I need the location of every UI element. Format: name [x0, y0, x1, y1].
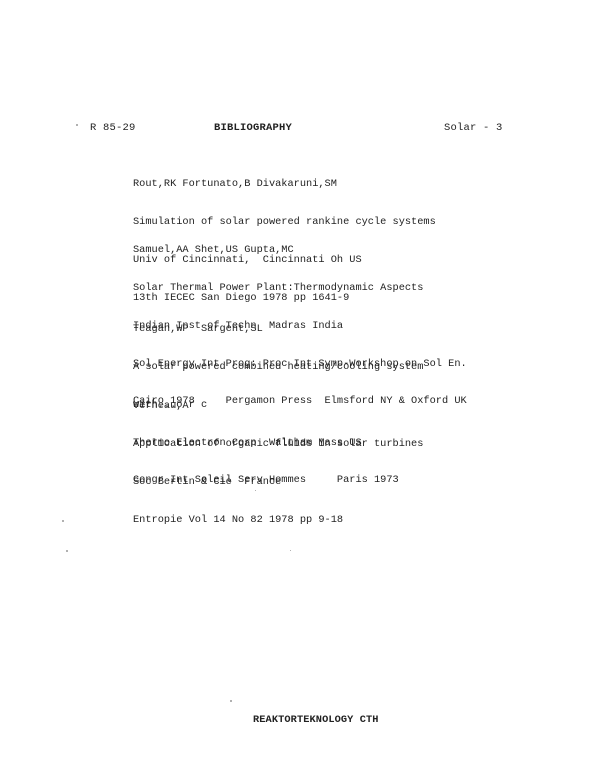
scan-speck: [230, 700, 232, 702]
entry-title: A solar powered combined heating/cooling…: [133, 361, 423, 374]
footer-institution: REAKTORTEKNOLOGY CTH: [253, 714, 379, 726]
scan-speck: [62, 520, 64, 522]
entry-authors: Verneau,A: [133, 400, 423, 413]
scan-speck: [66, 550, 68, 552]
scan-speck: [76, 124, 78, 126]
report-number: R 85-29: [90, 122, 136, 134]
bibliography-entry: Verneau,A Application of organic fluids …: [133, 375, 423, 539]
scan-speck: [255, 490, 256, 491]
scan-speck: [290, 550, 291, 551]
entry-authors: Teagan,WP Sargent,SL: [133, 323, 423, 336]
entry-source: Entropie Vol 14 No 82 1978 pp 9-18: [133, 514, 423, 527]
entry-title: Application of organic fluids in solar t…: [133, 438, 423, 451]
page-title: BIBLIOGRAPHY: [214, 122, 292, 134]
entry-title: Solar Thermal Power Plant:Thermodynamic …: [133, 282, 467, 295]
entry-authors: Rout,RK Fortunato,B Divakaruni,SM: [133, 178, 436, 191]
entry-affiliation: Soc Bertin & Cie France: [133, 476, 423, 489]
page-label: Solar - 3: [444, 122, 503, 134]
entry-authors: Samuel,AA Shet,US Gupta,MC: [133, 244, 467, 257]
